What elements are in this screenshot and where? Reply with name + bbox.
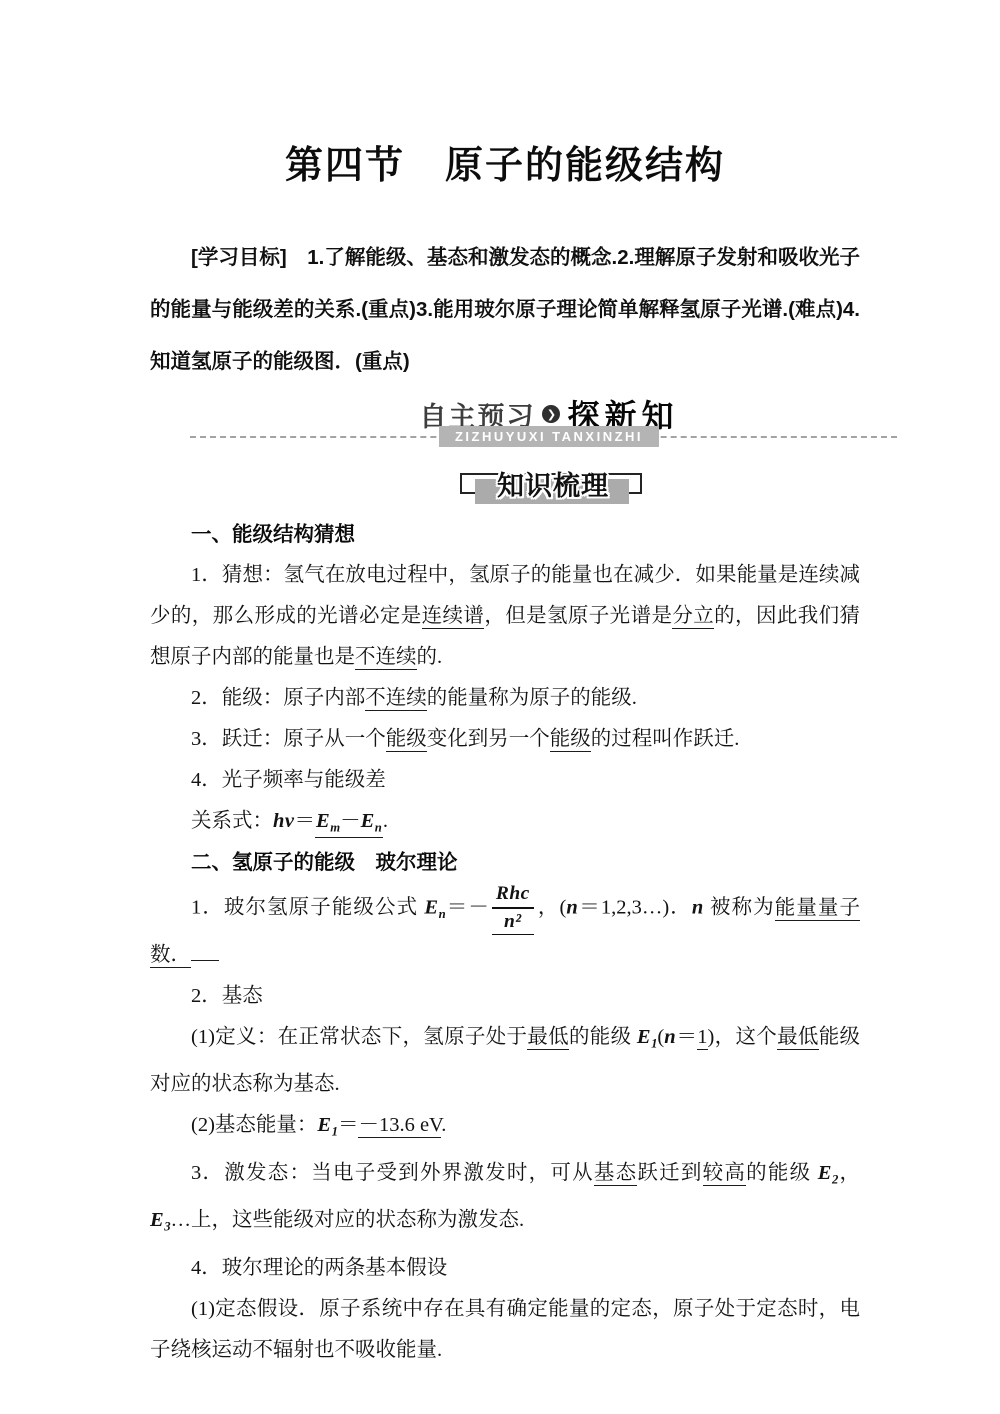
text-paragraph: (1)定义：在正常状态下，氢原子处于最低的能级 E1(n＝1)，这个最低能级对应… — [150, 1017, 860, 1105]
math-variable: n — [692, 897, 704, 919]
text-run: 1．玻尔氢原子能级公式 — [191, 897, 424, 919]
text-paragraph: 4．玻尔理论的两条基本假设 — [150, 1248, 860, 1289]
chevron-right-circle-icon: ❯ — [542, 405, 560, 423]
text-run: 3．跃迁：原子从一个 — [191, 728, 386, 750]
blank-answer: 连续谱 — [422, 605, 485, 629]
text-run: 一、能级结构猜想 — [191, 523, 355, 546]
text-paragraph: 3．跃迁：原子从一个能级变化到另一个能级的过程叫作跃迁. — [150, 719, 860, 760]
text-run: 变化到另一个 — [427, 728, 550, 750]
text-paragraph: 4．光子频率与能级差 — [150, 760, 860, 801]
text-run: ＝－ — [446, 897, 489, 919]
text-paragraph: 1．猜想：氢气在放电过程中，氢原子的能量也在减少．如果能量是连续减少的，那么形成… — [150, 555, 860, 678]
text-paragraph: 3．激发态：当电子受到外界激发时，可从基态跃迁到较高的能级 E2，E3…上，这些… — [150, 1153, 860, 1248]
text-run: ，但是氢原子光谱是 — [484, 605, 672, 627]
text-run: － — [340, 810, 361, 832]
text-run: . — [441, 1114, 446, 1136]
text-run: 被称为 — [704, 897, 775, 919]
text-paragraph: 2．基态 — [150, 976, 860, 1017]
text-paragraph: (1)定态假设．原子系统中存在具有确定能量的定态，原子处于定态时，电子绕核运动不… — [150, 1289, 860, 1371]
text-paragraph: 2．能级：原子内部不连续的能量称为原子的能级. — [150, 678, 860, 719]
page-title: 第四节 原子的能级结构 — [150, 140, 860, 192]
math-variable: E — [317, 1114, 331, 1136]
math-variable: n — [664, 1026, 676, 1048]
math-variable: E — [818, 1162, 832, 1184]
math-variable: E — [361, 810, 375, 832]
text-run: 的能量称为原子的能级. — [427, 687, 637, 709]
text-run: ＝1,2,3…)． — [578, 897, 692, 919]
text-run: ＝ — [295, 810, 316, 832]
text-run: 跃迁到 — [637, 1162, 702, 1184]
math-variable: hν — [273, 810, 295, 832]
math-variable: E — [150, 1209, 164, 1231]
text-run: )，这个 — [708, 1026, 778, 1048]
blank-answer: 不连续 — [355, 646, 417, 670]
text-run: ，( — [537, 897, 567, 919]
text-run: 4．玻尔理论的两条基本假设 — [191, 1257, 447, 1279]
text-run: 的能级 — [569, 1026, 637, 1048]
math-variable: E — [424, 897, 438, 919]
blank-answer: －13.6 eV — [358, 1114, 441, 1138]
text-paragraph: 1．玻尔氢原子能级公式 En＝－Rhcn²，(n＝1,2,3…)．n 被称为能量… — [150, 883, 860, 976]
fraction-denominator-blank: n² — [492, 911, 534, 935]
blank-answer: 较高 — [703, 1162, 747, 1186]
text-run: 二、氢原子的能级 玻尔理论 — [191, 851, 458, 874]
math-variable: n — [439, 907, 446, 921]
blank-answer: 能级 — [386, 728, 427, 752]
text-run: ， — [838, 1162, 860, 1184]
text-run: (1)定态假设．原子系统中存在具有确定能量的定态，原子处于定态时，电子绕核运动不… — [150, 1298, 860, 1361]
formula-group: Em－En — [315, 811, 383, 838]
text-run: 4．光子频率与能级差 — [191, 769, 386, 791]
text-run: 2．基态 — [191, 985, 263, 1007]
math-variable: E — [637, 1026, 651, 1048]
text-paragraph: (2)基态能量：E1＝－13.6 eV. — [150, 1105, 860, 1152]
text-run: 关系式： — [191, 810, 273, 832]
text-run: ＝ — [338, 1114, 359, 1136]
badge-label: 知识梳理 — [497, 464, 609, 503]
blank-answer: 1 — [697, 1026, 707, 1050]
knowledge-review-badge: 知识梳理 — [460, 464, 646, 506]
blank-answer — [191, 940, 219, 961]
banner-pinyin-bar: ZIZHUYUXI TANXINZHI — [439, 426, 659, 447]
blank-answer: 不连续 — [365, 687, 427, 711]
blank-answer: 基态 — [594, 1162, 638, 1186]
math-variable: m — [330, 820, 340, 834]
text-run: ＝ — [676, 1026, 697, 1048]
math-variable: n — [375, 820, 382, 834]
text-run: 的过程叫作跃迁. — [591, 728, 740, 750]
blank-answer: 最低 — [777, 1026, 819, 1050]
section-heading: 二、氢原子的能级 玻尔理论 — [150, 842, 860, 883]
text-run: 2．能级：原子内部 — [191, 687, 365, 709]
text-run: 3．激发态：当电子受到外界激发时，可从 — [191, 1162, 594, 1184]
content-blocks: 一、能级结构猜想1．猜想：氢气在放电过程中，氢原子的能量也在减少．如果能量是连续… — [150, 514, 860, 1371]
fraction-numerator: Rhc — [492, 883, 534, 909]
blank-answer: 最低 — [527, 1026, 569, 1050]
fraction: Rhcn² — [492, 883, 534, 935]
text-paragraph: 关系式：hν＝Em－En. — [150, 801, 860, 842]
text-run: …上，这些能级对应的状态称为激发态. — [171, 1209, 525, 1231]
blank-answer: 分立 — [672, 605, 714, 629]
text-run: 的. — [417, 646, 443, 668]
blank-answer: 能级 — [550, 728, 591, 752]
math-variable: n — [566, 897, 578, 919]
section-banner: 自主预习 ❯ 探新知 ZIZHUYUXI TANXINZHI — [150, 396, 860, 456]
text-run: (1)定义：在正常状态下，氢原子处于 — [191, 1026, 527, 1048]
text-run: (2)基态能量： — [191, 1114, 317, 1136]
text-run: 的能级 — [746, 1162, 818, 1184]
text-run: . — [383, 810, 388, 832]
learning-objectives: [学习目标] 1.了解能级、基态和激发态的概念.2.理解原子发射和吸收光子的能量… — [150, 232, 860, 388]
math-variable: E — [316, 810, 330, 832]
document-page: 第四节 原子的能级结构 [学习目标] 1.了解能级、基态和激发态的概念.2.理解… — [0, 0, 1000, 1414]
section-heading: 一、能级结构猜想 — [150, 514, 860, 555]
